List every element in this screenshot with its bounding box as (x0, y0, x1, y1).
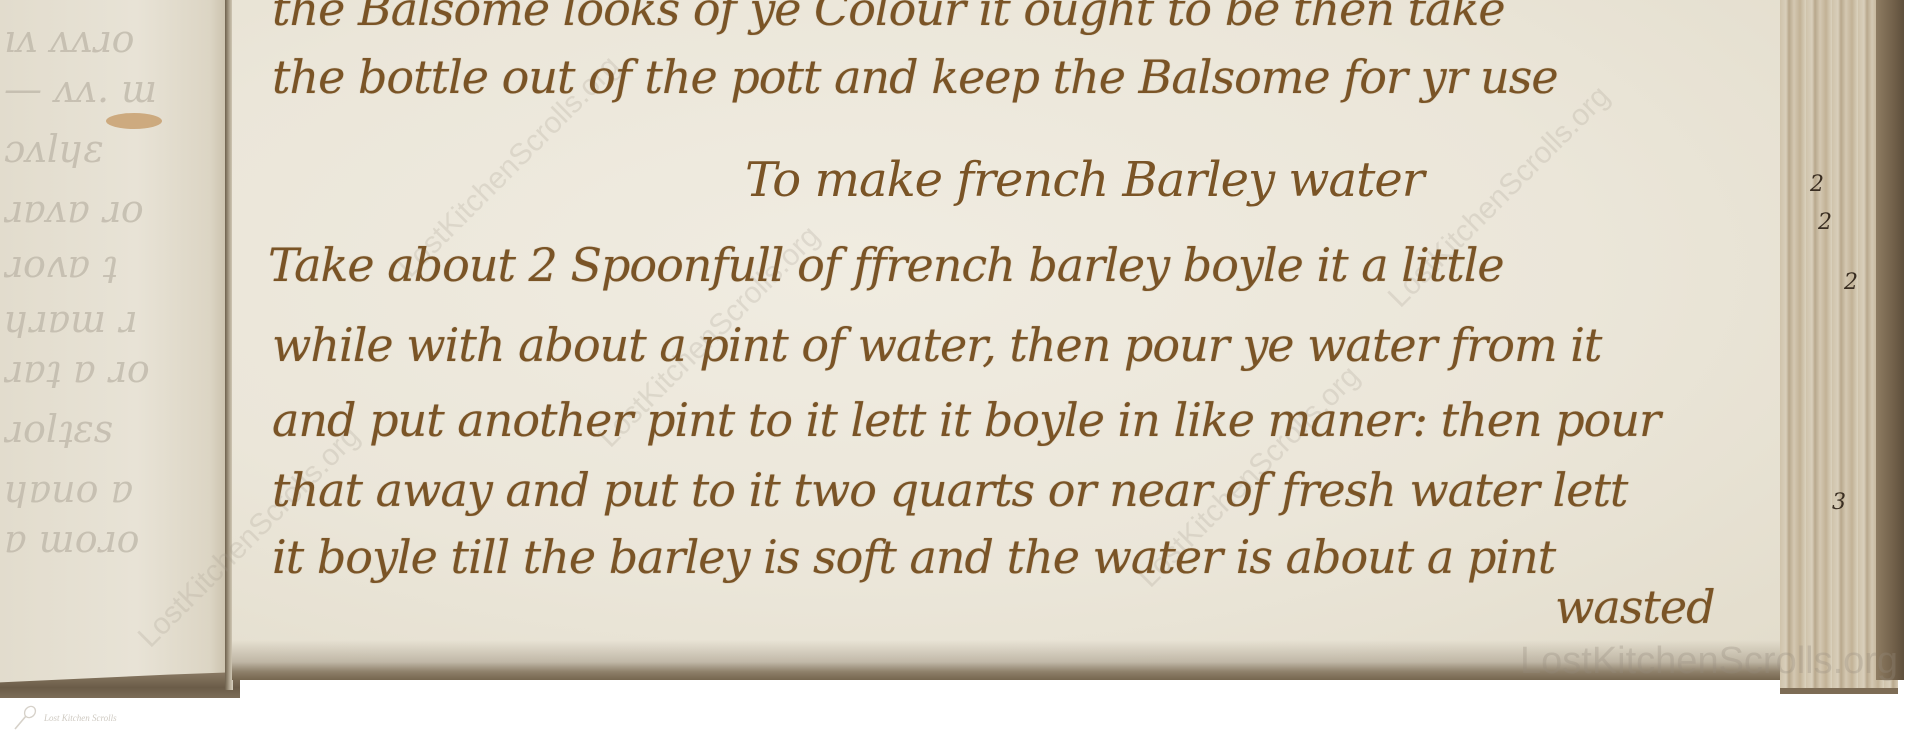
bleed-through-text: ɹolʇɛs (4, 410, 174, 448)
bleed-through-text: ɹoʌɐ ʇ (4, 245, 174, 283)
bleed-through-text: ɥɹɐɯ ɹ (4, 300, 174, 338)
manuscript-photo: ıᴧ ᴧᴧɹo — ᴧᴧ. ɯ ɔᴧlɥɛ ɹɐᴧɐ ɹo ɹoʌɐ ʇ ɥɹɐ… (0, 0, 1920, 739)
manuscript-line: wasted (1555, 580, 1715, 634)
bleed-through-text: ɐ ɯoɹo (4, 520, 174, 558)
edge-mark: 2 (1844, 270, 1858, 295)
bleed-through-text: ɔᴧlɥɛ (4, 130, 174, 168)
watermark: LostKitchenScrolls.org (1520, 640, 1898, 683)
manuscript-line: while with about a pint of water, then p… (272, 318, 1601, 372)
logo-caption: Lost Kitchen Scrolls (44, 713, 117, 723)
edge-mark: 3 (1832, 490, 1846, 515)
recipe-title: To make french Barley water (745, 152, 1424, 208)
bleed-through-text: ɹɐᴧɐ ɹo (4, 190, 174, 228)
site-logo: Lost Kitchen Scrolls (12, 705, 117, 731)
left-page-fragment: ıᴧ ᴧᴧɹo — ᴧᴧ. ɯ ɔᴧlɥɛ ɹɐᴧɐ ɹo ɹoʌɐ ʇ ɥɹɐ… (0, 0, 228, 688)
bleed-through-text: ıᴧ ᴧᴧɹo (4, 20, 174, 58)
manuscript-line: Take about 2 Spoonfull of ffrench barley… (268, 238, 1504, 292)
bleed-through-text: ɹɐʇ ɐ ɹo (4, 350, 174, 388)
bleed-through-text: — ᴧᴧ. ɯ (4, 70, 174, 108)
spoon-icon (12, 705, 38, 731)
ink-stain (106, 113, 162, 129)
edge-mark: 2 (1818, 210, 1832, 235)
book-cover-edge (1876, 0, 1904, 680)
manuscript-line: the bottle out of the pott and keep the … (272, 50, 1558, 104)
edge-mark: 2 (1810, 172, 1824, 197)
manuscript-line: the Balsome looks of ye Colour it ought … (272, 0, 1505, 36)
bleed-through-text: ɥɐuo ɐ (4, 470, 174, 508)
manuscript-line: it boyle till the barley is soft and the… (272, 530, 1555, 584)
manuscript-line: that away and put to it two quarts or ne… (272, 463, 1627, 517)
manuscript-line: and put another pint to it lett it boyle… (272, 393, 1660, 447)
